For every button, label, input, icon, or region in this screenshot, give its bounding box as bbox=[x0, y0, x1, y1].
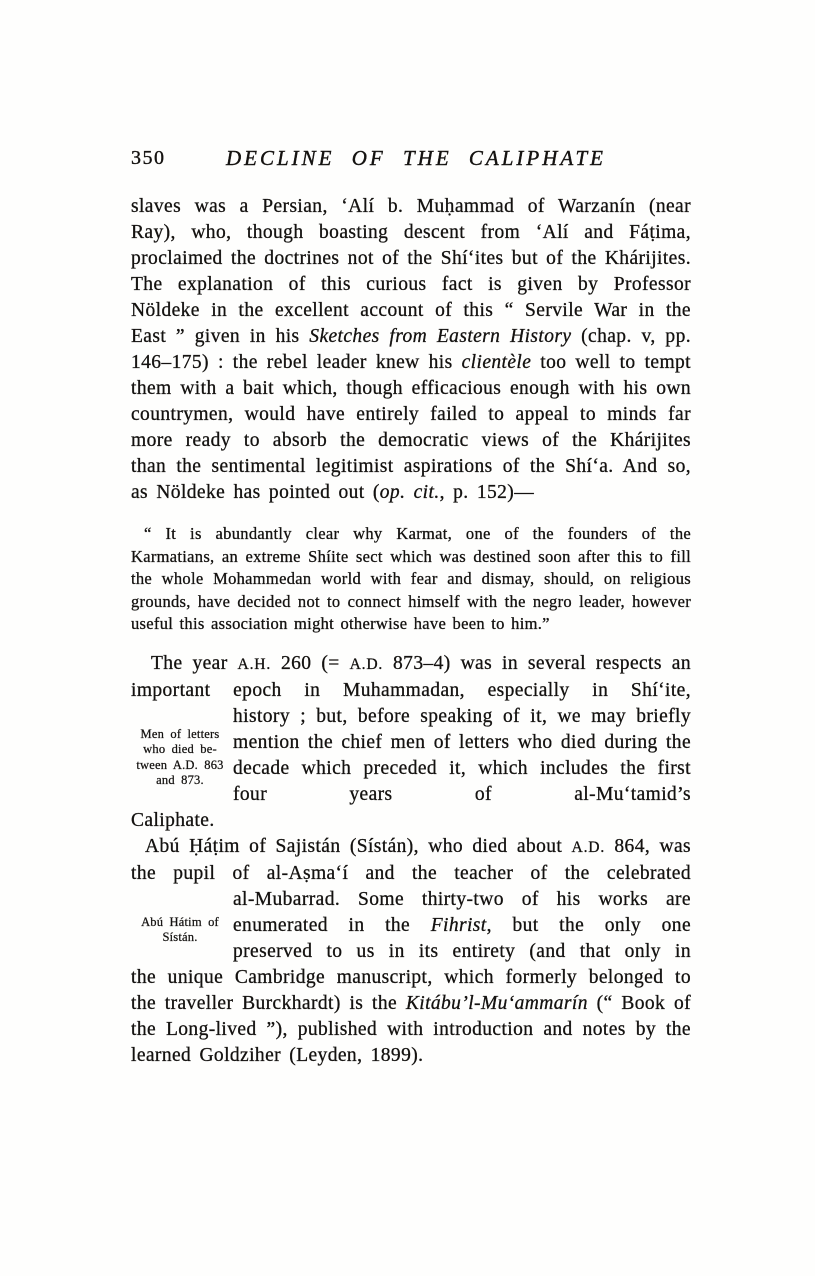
page-number: 350 bbox=[131, 147, 166, 170]
running-title: DECLINE OF THE CALIPHATE bbox=[131, 146, 691, 171]
paragraph-segment: al-Mubarrad. Some thirty-two of his work… bbox=[233, 887, 691, 965]
paragraph-segment: history ; but, before speaking of it, we… bbox=[233, 704, 691, 808]
margin-note-abu-hatim: Abú Hátim ofSístán. bbox=[131, 915, 229, 946]
paragraph-segment: Caliphate. bbox=[131, 808, 691, 834]
block-quote: “ It is abundantly clear why Karmat, one… bbox=[131, 523, 691, 636]
text-block: 350 DECLINE OF THE CALIPHATE slaves was … bbox=[131, 146, 691, 1069]
paragraph-segment: the unique Cambridge manuscript, which f… bbox=[131, 965, 691, 1069]
opening-paragraph: slaves was a Persian, ‘Alí b. Muḥammad o… bbox=[131, 194, 691, 506]
paragraph-year-260: The year A.H. 260 (= A.D. 873–4) was in … bbox=[131, 651, 691, 834]
book-page: 350 DECLINE OF THE CALIPHATE slaves was … bbox=[0, 0, 815, 1276]
page-header: 350 DECLINE OF THE CALIPHATE bbox=[131, 146, 691, 172]
sidenote-wrap: Men of letterswho died be-tween A.D. 863… bbox=[131, 704, 691, 808]
paragraph-segment: Abú Ḥáṭim of Sajistán (Sístán), who died… bbox=[131, 834, 691, 887]
margin-note-men-of-letters: Men of letterswho died be-tween A.D. 863… bbox=[131, 727, 229, 789]
body-text: slaves was a Persian, ‘Alí b. Muḥammad o… bbox=[131, 194, 691, 1069]
paragraph-segment: The year A.H. 260 (= A.D. 873–4) was in … bbox=[131, 651, 691, 704]
paragraph-abu-hatim: Abú Ḥáṭim of Sajistán (Sístán), who died… bbox=[131, 834, 691, 1069]
sidenote-wrap: Abú Hátim ofSístán. al-Mubarrad. Some th… bbox=[131, 887, 691, 965]
